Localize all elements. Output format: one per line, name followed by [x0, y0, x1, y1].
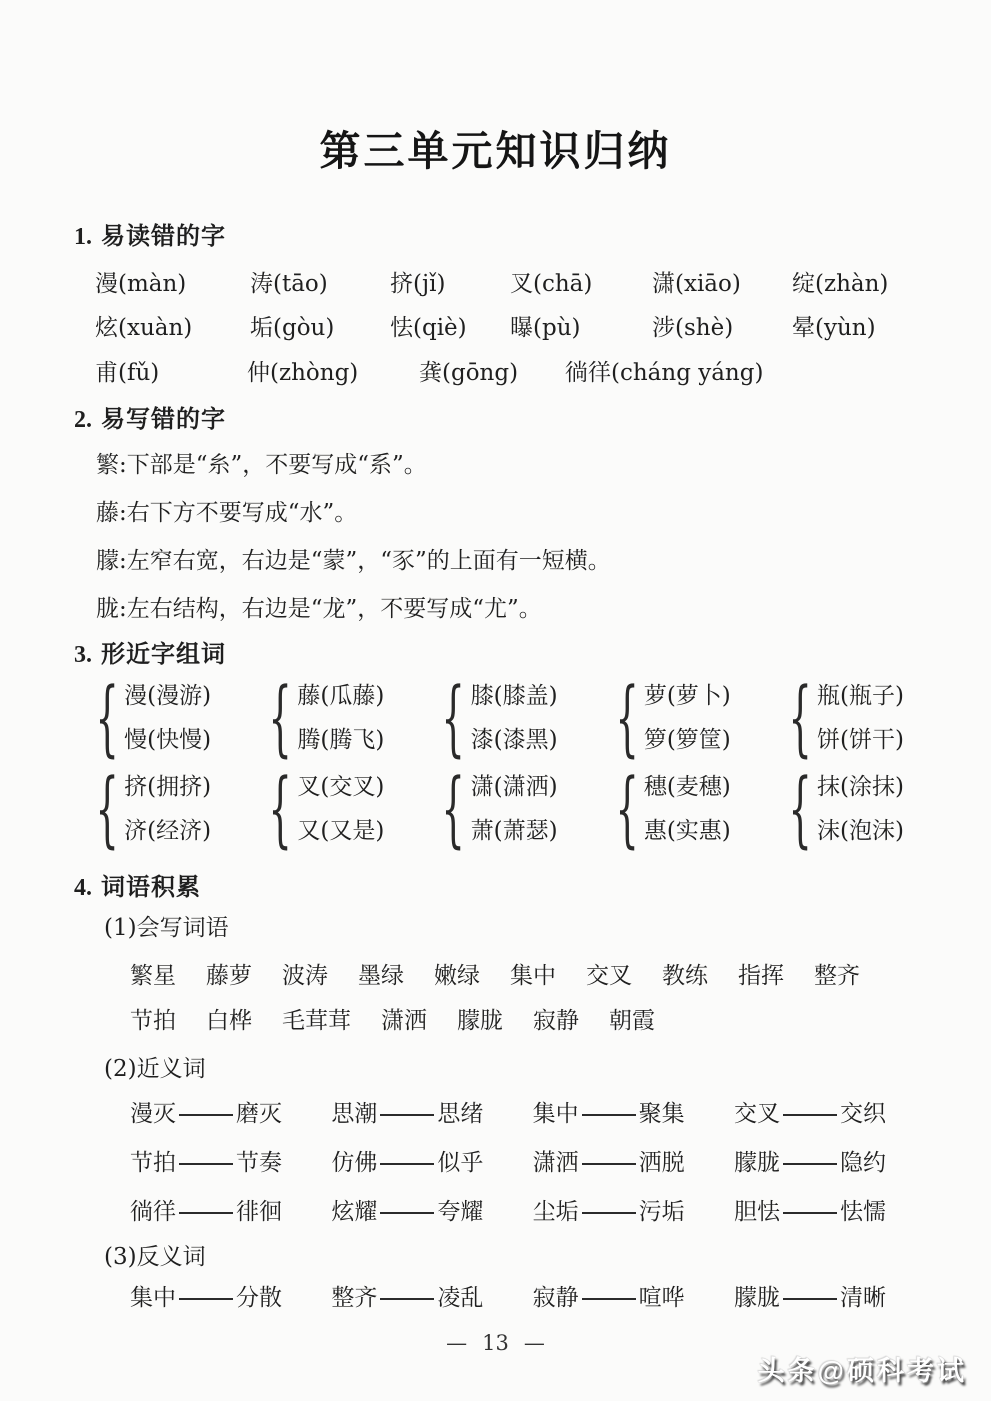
synonym-left: 漫灭: [130, 1099, 176, 1130]
char-pair-row-2: { 挤(拥挤)济(经济) { 叉(交叉)又(又是) { 潇(潇洒)萧(萧瑟) {…: [92, 772, 904, 847]
section-1-heading: 1.易读错的字: [74, 222, 991, 252]
pinyin-row-1: 漫(màn) 涛(tāo) 挤(jǐ) 叉(chā) 潇(xiāo) 绽(zhà…: [95, 269, 991, 300]
word-item: 毛茸茸: [282, 1006, 351, 1037]
char-pair-top: 瓶(瓶子): [817, 681, 904, 712]
synonym-left: 仿佛: [331, 1148, 377, 1179]
word-item: 教练: [662, 961, 708, 992]
pinyin-item: 龚(gōng): [419, 358, 565, 389]
word-item: 集中: [510, 961, 556, 992]
synonym-left: 思潮: [331, 1099, 377, 1130]
pinyin-item: 仲(zhòng): [247, 358, 419, 389]
synonym-right: 聚集: [639, 1099, 685, 1130]
pinyin-item: 漫(màn): [95, 269, 250, 300]
dash-connector: [380, 1114, 434, 1116]
dash-connector: [582, 1298, 636, 1300]
char-pair-group: { 膝(膝盖)漆(漆黑): [438, 681, 557, 756]
pinyin-item: 怯(qiè): [390, 313, 510, 344]
char-pair-group: { 叉(交叉)又(又是): [265, 772, 384, 847]
synonym-right: 怯懦: [840, 1197, 886, 1228]
section-1-number: 1.: [74, 224, 92, 250]
synonym-right: 节奏: [236, 1148, 282, 1179]
synonym-right: 徘徊: [236, 1197, 282, 1228]
section-1-title: 易读错的字: [101, 223, 226, 250]
word-item: 波涛: [282, 961, 328, 992]
synonym-left: 炫耀: [331, 1197, 377, 1228]
char-pair-bottom: 惠(实惠): [644, 816, 731, 847]
word-item: 指挥: [738, 961, 784, 992]
char-pair-top: 藤(瓜藤): [297, 681, 384, 712]
word-item: 交叉: [586, 961, 632, 992]
pinyin-item: 涉(shè): [652, 313, 792, 344]
word-item: 节拍: [130, 1006, 176, 1037]
synonym-left: 集中: [533, 1099, 579, 1130]
synonym-right: 洒脱: [639, 1148, 685, 1179]
brace-icon: {: [615, 772, 638, 847]
synonym-left: 尘垢: [533, 1197, 579, 1228]
dash-connector: [582, 1212, 636, 1214]
char-pair-group: { 潇(潇洒)萧(萧瑟): [438, 772, 557, 847]
dash-connector: [783, 1212, 837, 1214]
pinyin-item: 叉(chā): [510, 269, 652, 300]
char-pair-bottom: 济(经济): [124, 816, 211, 847]
pinyin-item: 晕(yùn): [792, 313, 991, 344]
synonym-right: 污垢: [639, 1197, 685, 1228]
char-pair-bottom: 萧(萧瑟): [471, 816, 558, 847]
synonym-pair: 漫灭磨灭: [130, 1099, 282, 1130]
word-item: 寂静: [533, 1006, 579, 1037]
section-2-heading: 2.易写错的字: [74, 405, 991, 435]
synonym-left: 潇洒: [533, 1148, 579, 1179]
synonym-right: 夸耀: [437, 1197, 483, 1228]
word-item: 朝霞: [609, 1006, 655, 1037]
dash-connector: [380, 1163, 434, 1165]
page-footer: — 13 —: [0, 1330, 991, 1356]
char-pair-group: { 瓶(瓶子)饼(饼干): [785, 681, 904, 756]
dash-connector: [582, 1114, 636, 1116]
synonym-left: 朦胧: [734, 1148, 780, 1179]
antonym-pair: 朦胧清晰: [734, 1283, 886, 1314]
writing-note: 繁:下部是“糸”，不要写成“系”。: [96, 450, 991, 481]
dash-connector: [380, 1298, 434, 1300]
dash-connector: [179, 1163, 233, 1165]
dash-connector: [582, 1163, 636, 1165]
synonym-right: 交织: [840, 1099, 886, 1130]
synonym-pair: 思潮思绪: [331, 1099, 483, 1130]
antonym-pair: 集中分散: [130, 1283, 282, 1314]
dash-connector: [179, 1114, 233, 1116]
section-4-number: 4.: [74, 875, 92, 901]
char-pair-bottom: 漆(漆黑): [471, 725, 558, 756]
char-pair-top: 潇(潇洒): [471, 772, 558, 803]
section-2-title: 易写错的字: [101, 406, 226, 433]
pinyin-item: 炫(xuàn): [95, 313, 250, 344]
page-title: 第三单元知识归纳: [0, 0, 991, 178]
word-item: 整齐: [814, 961, 860, 992]
synonym-left: 胆怯: [734, 1197, 780, 1228]
brace-icon: {: [788, 681, 811, 756]
char-pair-group: { 穗(麦穗)惠(实惠): [612, 772, 731, 847]
antonym-right: 清晰: [840, 1283, 886, 1314]
dash-connector: [783, 1114, 837, 1116]
synonym-pair: 尘垢污垢: [533, 1197, 685, 1228]
section-2-number: 2.: [74, 407, 92, 433]
char-pair-bottom: 又(又是): [297, 816, 384, 847]
brace-icon: {: [95, 681, 118, 756]
pinyin-row-2: 炫(xuàn) 垢(gòu) 怯(qiè) 曝(pù) 涉(shè) 晕(yùn…: [95, 313, 991, 344]
synonym-pair: 朦胧隐约: [734, 1148, 886, 1179]
brace-icon: {: [95, 772, 118, 847]
brace-icon: {: [269, 681, 292, 756]
synonym-right: 思绪: [437, 1099, 483, 1130]
char-pair-bottom: 饼(饼干): [817, 725, 904, 756]
synonym-pair: 徜徉徘徊: [130, 1197, 282, 1228]
word-item: 墨绿: [358, 961, 404, 992]
char-pair-bottom: 沫(泡沫): [817, 816, 904, 847]
dash-connector: [380, 1212, 434, 1214]
dash-connector: [783, 1163, 837, 1165]
word-item: 嫩绿: [434, 961, 480, 992]
char-pair-bottom: 腾(腾飞): [297, 725, 384, 756]
writing-note: 胧:左右结构，右边是“龙”，不要写成“尤”。: [96, 594, 991, 625]
synonym-right: 磨灭: [236, 1099, 282, 1130]
antonym-pair: 寂静喧哗: [533, 1283, 685, 1314]
pinyin-item: 甫(fǔ): [95, 358, 247, 389]
synonym-pair: 仿佛似乎: [331, 1148, 483, 1179]
section-3-title: 形近字组词: [101, 641, 226, 668]
synonym-left: 节拍: [130, 1148, 176, 1179]
char-pair-group: { 萝(萝卜)箩(箩筐): [612, 681, 731, 756]
section-4-heading: 4.词语积累: [74, 873, 991, 903]
antonym-left: 整齐: [331, 1283, 377, 1314]
section-3-heading: 3.形近字组词: [74, 640, 991, 670]
word-item: 白桦: [206, 1006, 252, 1037]
pinyin-row-3: 甫(fǔ) 仲(zhòng) 龚(gōng) 徜徉(cháng yáng): [95, 358, 991, 389]
pinyin-item: 曝(pù): [510, 313, 652, 344]
antonym-right: 分散: [236, 1283, 282, 1314]
char-pair-group: { 抹(涂抹)沫(泡沫): [785, 772, 904, 847]
synonym-right: 隐约: [840, 1148, 886, 1179]
antonym-left: 朦胧: [734, 1283, 780, 1314]
subsection-antonyms: (3)反义词: [104, 1242, 991, 1273]
synonym-left: 徜徉: [130, 1197, 176, 1228]
char-pair-top: 挤(拥挤): [124, 772, 211, 803]
word-item: 潇洒: [381, 1006, 427, 1037]
antonym-right: 喧哗: [639, 1283, 685, 1314]
synonym-pair: 节拍节奏: [130, 1148, 282, 1179]
dash-connector: [783, 1298, 837, 1300]
char-pair-bottom: 箩(箩筐): [644, 725, 731, 756]
brace-icon: {: [788, 772, 811, 847]
word-item: 朦胧: [457, 1006, 503, 1037]
synonym-row-3: 徜徉徘徊 炫耀夸耀 尘垢污垢 胆怯怯懦: [130, 1197, 886, 1228]
synonym-pair: 胆怯怯懦: [734, 1197, 886, 1228]
section-4-title: 词语积累: [101, 874, 201, 901]
antonym-left: 寂静: [533, 1283, 579, 1314]
synonym-row-1: 漫灭磨灭 思潮思绪 集中聚集 交叉交织: [130, 1099, 886, 1130]
char-pair-top: 漫(漫游): [124, 681, 211, 712]
char-pair-top: 穗(麦穗): [644, 772, 731, 803]
brace-icon: {: [269, 772, 292, 847]
dash-connector: [179, 1298, 233, 1300]
char-pair-top: 萝(萝卜): [644, 681, 731, 712]
char-pair-top: 膝(膝盖): [471, 681, 558, 712]
pinyin-item: 徜徉(cháng yáng): [565, 358, 991, 389]
synonym-pair: 集中聚集: [533, 1099, 685, 1130]
char-pair-top: 抹(涂抹): [817, 772, 904, 803]
synonym-left: 交叉: [734, 1099, 780, 1130]
antonym-row: 集中分散 整齐凌乱 寂静喧哗 朦胧清晰: [130, 1283, 886, 1314]
char-pair-group: { 漫(漫游)慢(快慢): [92, 681, 211, 756]
synonym-row-2: 节拍节奏 仿佛似乎 潇洒洒脱 朦胧隐约: [130, 1148, 886, 1179]
dash-connector: [179, 1212, 233, 1214]
antonym-pair: 整齐凌乱: [331, 1283, 483, 1314]
writing-note: 藤:右下方不要写成“水”。: [96, 498, 991, 529]
document-page: 第三单元知识归纳 1.易读错的字 漫(màn) 涛(tāo) 挤(jǐ) 叉(c…: [0, 0, 991, 1401]
pinyin-item: 潇(xiāo): [652, 269, 792, 300]
footer-dash-left: —: [446, 1330, 467, 1356]
write-words-row-1: 繁星 藤萝 波涛 墨绿 嫩绿 集中 交叉 教练 指挥 整齐: [130, 961, 991, 992]
pinyin-item: 挤(jǐ): [390, 269, 510, 300]
char-pair-top: 叉(交叉): [297, 772, 384, 803]
brace-icon: {: [442, 772, 465, 847]
synonym-pair: 潇洒洒脱: [533, 1148, 685, 1179]
footer-dash-right: —: [524, 1330, 545, 1356]
pinyin-item: 垢(gòu): [250, 313, 390, 344]
writing-note: 朦:左窄右宽，右边是“蒙”，“豕”的上面有一短横。: [96, 546, 991, 577]
pinyin-item: 绽(zhàn): [792, 269, 991, 300]
word-item: 繁星: [130, 961, 176, 992]
subsection-synonyms: (2)近义词: [104, 1054, 991, 1085]
antonym-right: 凌乱: [437, 1283, 483, 1314]
section-3-number: 3.: [74, 642, 92, 668]
watermark: 头条@硕科考试: [758, 1356, 967, 1387]
brace-icon: {: [615, 681, 638, 756]
write-words-row-2: 节拍 白桦 毛茸茸 潇洒 朦胧 寂静 朝霞: [130, 1006, 991, 1037]
char-pair-group: { 藤(瓜藤)腾(腾飞): [265, 681, 384, 756]
word-item: 藤萝: [206, 961, 252, 992]
page-number: 13: [482, 1330, 509, 1356]
brace-icon: {: [442, 681, 465, 756]
char-pair-row-1: { 漫(漫游)慢(快慢) { 藤(瓜藤)腾(腾飞) { 膝(膝盖)漆(漆黑) {…: [92, 681, 904, 756]
synonym-pair: 交叉交织: [734, 1099, 886, 1130]
char-pair-group: { 挤(拥挤)济(经济): [92, 772, 211, 847]
subsection-write-words: (1)会写词语: [104, 913, 991, 944]
antonym-left: 集中: [130, 1283, 176, 1314]
char-pair-bottom: 慢(快慢): [124, 725, 211, 756]
synonym-pair: 炫耀夸耀: [331, 1197, 483, 1228]
synonym-right: 似乎: [437, 1148, 483, 1179]
pinyin-item: 涛(tāo): [250, 269, 390, 300]
